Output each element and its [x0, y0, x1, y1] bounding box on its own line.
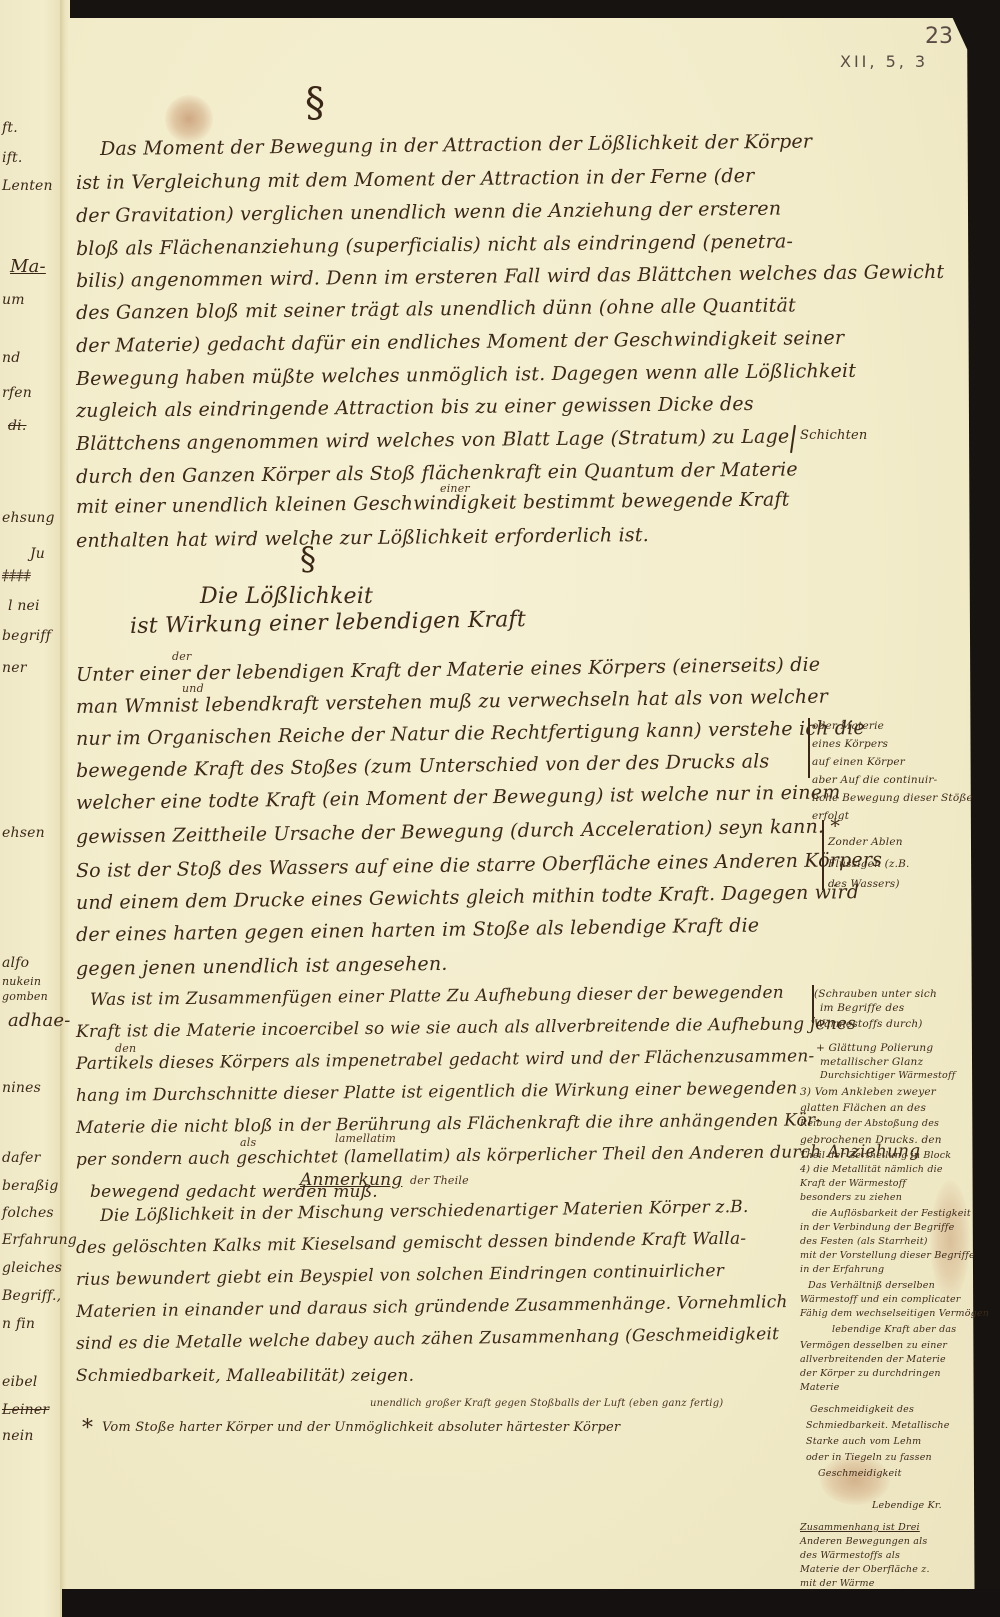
margin-note: Anderen Bewegungen als: [800, 1536, 927, 1547]
margin-note: Schmiedbarkeit. Metallische: [806, 1420, 950, 1431]
margin-bracket: [808, 718, 810, 778]
margin-note: des Festen (als Starrheit): [800, 1236, 928, 1247]
margin-note: liche Bewegung dieser Stöße: [812, 792, 973, 804]
shelfmark: XII, 5, 3: [840, 52, 928, 71]
margin-note: glatten Flächen an des: [800, 1102, 926, 1114]
left-fragment: nukein: [2, 975, 41, 988]
left-fragment: Ma-: [10, 256, 46, 277]
margin-note: Wärmestoffs durch): [814, 1018, 923, 1030]
left-fragment: gomben: [2, 990, 48, 1003]
margin-note: des Wärmestoffs als: [800, 1550, 900, 1561]
margin-note: aber Auf die continuir-: [812, 774, 937, 786]
margin-note: 3) Vom Ankleben zweyer: [800, 1086, 936, 1098]
interlinear-insertion: der Theile: [410, 1174, 469, 1187]
margin-note: Kraft der Wärmestoff: [800, 1178, 906, 1189]
margin-note: auf einen Körper: [812, 756, 905, 768]
margin-note: Vermögen desselben zu einer: [800, 1340, 947, 1351]
text-line: Schmiedbarkeit, Malleabilität) zeigen.: [76, 1366, 414, 1386]
left-fragment: ft.: [2, 120, 18, 136]
left-fragment: folches: [2, 1205, 54, 1221]
left-fragment: ehsen: [2, 825, 45, 841]
margin-note: Theil der Zertheilung in Block: [800, 1150, 951, 1161]
margin-note: erfolgt: [812, 810, 849, 822]
margin-note: im Begriffe des: [820, 1002, 904, 1014]
margin-note: Wärmestoff und ein complicater: [800, 1294, 961, 1305]
water-stain: [930, 1180, 970, 1300]
left-fragment: Leiner: [2, 1402, 49, 1418]
left-fragment: adhae-: [8, 1010, 71, 1031]
background-bottom: [62, 1589, 1000, 1617]
left-fragment: Ju: [30, 546, 45, 562]
page-number: 23: [925, 24, 953, 49]
margin-note: Materie: [800, 1382, 839, 1393]
left-fragment: um: [2, 292, 25, 308]
margin-note: Geschmeidigkeit des: [810, 1404, 914, 1415]
margin-note: Zonder Ablen: [828, 836, 903, 848]
margin-note: metallischer Glanz: [820, 1056, 923, 1068]
left-fragment: nein: [2, 1428, 34, 1444]
footnote-text: Vom Stoße harter Körper und der Unmöglic…: [102, 1420, 620, 1435]
left-fragment: Begriff.,: [2, 1288, 61, 1304]
margin-bracket: [822, 820, 824, 890]
left-fragment: di.: [8, 418, 27, 434]
margin-note: oder Materie: [812, 720, 884, 732]
left-fragment: ner: [2, 660, 27, 676]
left-fragment: Erfahrung: [2, 1232, 77, 1248]
margin-note: Flüssigen (z.B.: [828, 858, 910, 870]
left-fragment: l nei: [8, 598, 40, 614]
section-mark: §: [305, 80, 325, 126]
margin-note: Durchsichtiger Wärmestoff: [820, 1070, 955, 1081]
left-fragment: ift.: [2, 150, 23, 166]
margin-note: Schichten: [800, 428, 867, 443]
margin-note: in der Verbindung der Begriffe: [800, 1222, 954, 1233]
margin-note: mit der Wärme: [800, 1578, 875, 1589]
left-fragment: eibel: [2, 1374, 38, 1390]
interlinear-insertion: als: [240, 1136, 256, 1149]
margin-note: (Schrauben unter sich: [814, 988, 937, 1000]
section-mark: §: [300, 540, 316, 578]
margin-note: Materie der Oberfläche z.: [800, 1564, 930, 1575]
left-fragment: gleiches: [2, 1260, 62, 1276]
left-fragment: ‡‡‡‡: [2, 568, 31, 584]
footnote-interlinear: unendlich großer Kraft gegen Stoßballs d…: [370, 1398, 723, 1409]
margin-note: + Glättung Polierung: [816, 1042, 933, 1054]
margin-note: des Wassers): [828, 878, 900, 890]
margin-note: oder in Tiegeln zu fassen: [806, 1452, 932, 1463]
margin-note: Lebendige Kr.: [872, 1500, 942, 1511]
left-fragment: nines: [2, 1080, 41, 1096]
margin-note: Das Verhältniß derselben: [808, 1280, 935, 1291]
left-fragment: nd: [2, 350, 20, 366]
left-fragment: alfo: [2, 955, 29, 971]
margin-note: gebrochenen Drucks. den: [800, 1134, 942, 1146]
margin-note: eines Körpers: [812, 738, 888, 750]
interlinear-insertion: und: [182, 682, 204, 695]
left-fragment: begriff: [2, 628, 51, 644]
left-fragment: rfen: [2, 385, 32, 401]
margin-note: allverbreitenden der Materie: [800, 1354, 946, 1365]
margin-note: Fähig dem wechselseitigen Vermögen: [800, 1308, 989, 1319]
margin-note: Geschmeidigkeit: [818, 1468, 902, 1479]
margin-note: 4) die Metallität nämlich die: [800, 1164, 943, 1175]
margin-note: besonders zu ziehen: [800, 1192, 902, 1203]
interlinear-insertion: lamellatim: [335, 1132, 396, 1145]
margin-note: der Körper zu durchdringen: [800, 1368, 941, 1379]
left-fragment: beraßig: [2, 1178, 58, 1194]
ink-stain: [165, 95, 213, 143]
margin-note: lebendige Kraft aber das: [832, 1324, 956, 1335]
left-fragment: Lenten: [2, 178, 53, 194]
left-fragment: dafer: [2, 1150, 40, 1166]
annotation-heading: Anmerkung: [300, 1170, 402, 1190]
margin-note: Reibung der Abstoßung des: [800, 1118, 939, 1129]
left-fragment: ehsung: [2, 510, 55, 526]
footnote-marker: *: [82, 1416, 93, 1441]
section-heading: Die Lößlichkeit: [200, 584, 373, 609]
margin-note: mit der Vorstellung dieser Begriffe: [800, 1250, 975, 1261]
margin-note: Starke auch vom Lehm: [806, 1436, 921, 1447]
interlinear-insertion: der: [172, 650, 191, 663]
left-fragment: n fin: [2, 1316, 35, 1332]
margin-note: Zusammenhang ist Drei: [800, 1522, 920, 1533]
margin-note: in der Erfahrung: [800, 1264, 884, 1275]
margin-note: die Auflösbarkeit der Festigkeit: [812, 1208, 971, 1219]
